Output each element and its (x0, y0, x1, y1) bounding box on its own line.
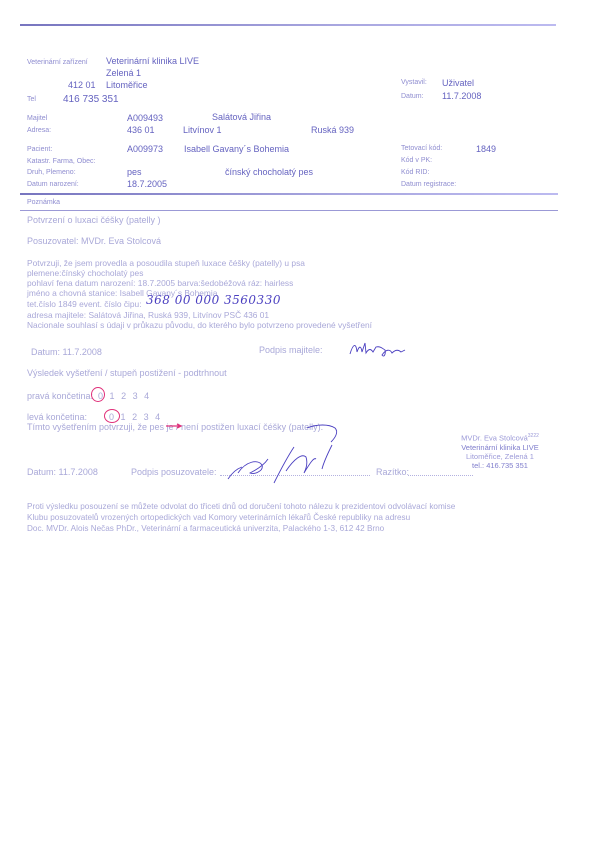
facility-street: Zelená 1 (106, 68, 141, 78)
cadastre-label: Katastr. Farma, Obec: (27, 158, 95, 165)
issued-by-label: Vystavil: (401, 79, 427, 86)
right-grade-4[interactable]: 4 (144, 391, 149, 401)
owner-street: Ruská 939 (311, 125, 354, 135)
left-grade-2[interactable]: 2 (132, 412, 137, 422)
right-limb-grade-circle (91, 387, 105, 402)
right-grade-1[interactable]: 1 (110, 391, 115, 401)
assessor-line: Posuzovatel: MVDr. Eva Stolcová (27, 236, 161, 246)
pen-stroke (305, 424, 345, 444)
date-label: Datum: (401, 93, 424, 100)
issued-by-value: Uživatel (442, 78, 474, 88)
assessor-signature-label: Podpis posuzovatele: (131, 467, 217, 477)
owner-id: A009493 (127, 113, 163, 123)
appeal-line-2: Klubu posuzovatelů vrozených ortopedický… (27, 513, 410, 522)
tattoo-value: 1849 (476, 144, 496, 154)
owner-signature (348, 340, 408, 360)
para-line-3: pohlaví fena datum narození: 18.7.2005 b… (27, 278, 293, 288)
facility-name: Veterinární klinika LIVE (106, 56, 199, 66)
rid-code-label: Kód RID: (401, 169, 429, 176)
strike-mark (165, 423, 185, 429)
facility-label: Veterinární zařízení (27, 59, 88, 66)
species-value: pes (127, 167, 142, 177)
breed-value: čínský chocholatý pes (225, 167, 313, 177)
clinic-stamp: MVDr. Eva Stolcová3222 Veterinární klini… (430, 432, 570, 470)
right-grade-3[interactable]: 3 (133, 391, 138, 401)
owner-signature-label: Podpis majitele: (259, 345, 323, 355)
exam-date: Datum: 11.7.2008 (31, 347, 102, 357)
species-label: Druh, Plemeno: (27, 169, 76, 176)
para-line-1: Potvrzuji, že jsem provedla a posoudila … (27, 258, 305, 268)
stamp-label: Razítko: (376, 467, 409, 477)
top-rule (20, 24, 556, 26)
birth-date-value: 18.7.2005 (127, 179, 167, 189)
left-grade-3[interactable]: 3 (144, 412, 149, 422)
right-grade-2[interactable]: 2 (121, 391, 126, 401)
patient-label: Pacient: (27, 146, 52, 153)
birth-date-label: Datum narození: (27, 181, 79, 188)
pk-code-label: Kód v PK: (401, 157, 432, 164)
left-grade-4[interactable]: 4 (155, 412, 160, 422)
left-grade-1[interactable]: 1 (121, 412, 126, 422)
owner-name: Salátová Jiřina (212, 112, 271, 122)
appeal-line-1: Proti výsledku posouzení se můžete odvol… (27, 502, 455, 511)
patient-name: Isabell Gavany´s Bohemia (184, 144, 289, 154)
registration-date-label: Datum registrace: (401, 181, 456, 188)
phone-label: Tel (27, 96, 36, 103)
facility-city: Litoměřice (106, 80, 148, 90)
address-label: Adresa: (27, 127, 51, 134)
result-label: Výsledek vyšetření / stupeň postižení - … (27, 368, 227, 378)
tattoo-label: Tetovací kód: (401, 145, 442, 152)
owner-label: Majitel (27, 115, 47, 122)
left-limb-label: levá končetina: (27, 412, 87, 422)
appeal-line-3: Doc. MVDr. Alois Nečas PhDr., Veterinárn… (27, 524, 384, 533)
note-bottom-rule (20, 210, 558, 211)
footer-date: Datum: 11.7.2008 (27, 467, 98, 477)
owner-city: Litvínov 1 (183, 125, 222, 135)
facility-zip: 412 01 (68, 80, 96, 90)
right-limb-grades: 0 1 2 3 4 (98, 391, 149, 401)
stamp-line-2: Veterinární klinika LIVE (430, 443, 570, 452)
para-line-7: Nacionale souhlasí s údaji v průkazu pův… (27, 320, 372, 330)
left-limb-grade-circle (104, 409, 120, 423)
stamp-line-3: Litoměřice, Zelená 1 (430, 452, 570, 461)
stamp-code: 3222 (528, 433, 539, 439)
stamp-line-1: MVDr. Eva Stolcová (461, 434, 528, 443)
para-line-5: tet.číslo 1849 event. číslo čipu: (27, 299, 142, 309)
note-label: Poznámka (27, 199, 60, 206)
para-line-2: plemene:čínský chocholatý pes (27, 268, 143, 278)
patient-id: A009973 (127, 144, 163, 154)
phone-value: 416 735 351 (63, 94, 119, 105)
patient-bottom-rule (20, 193, 558, 195)
chip-number-handwritten: 368 00 000 3560330 (146, 293, 281, 307)
date-value: 11.7.2008 (442, 91, 481, 101)
right-limb-label: pravá končetina: (27, 391, 93, 401)
stamp-line-4: tel.: 416.735 351 (430, 461, 570, 470)
para-line-6: adresa majitele: Salátová Jiřina, Ruská … (27, 310, 269, 320)
owner-zip: 436 01 (127, 125, 155, 135)
certificate-title: Potvrzení o luxaci čéšky (patelly ) (27, 215, 161, 225)
assessor-signature (224, 443, 354, 483)
stamp-dots (408, 475, 473, 476)
